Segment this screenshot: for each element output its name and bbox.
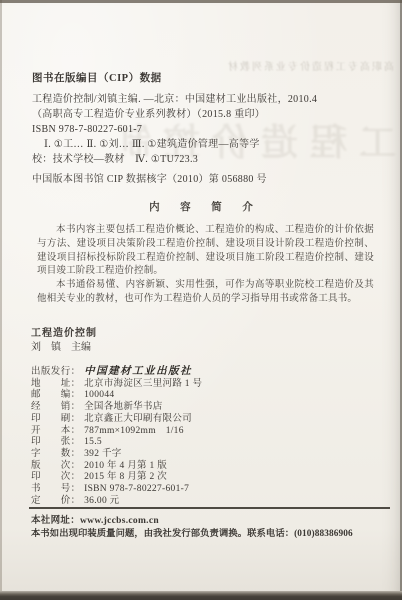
cip-header: 图书在版编目（CIP）数据 [32,71,378,86]
colophon-row-price: 定 价：36.00 元 [31,496,382,508]
colophon-row-printer: 印 刷：北京鑫正大印刷有限公司 [31,414,382,426]
book-title-block: 工程造价控制 刘 镇 主编 [31,327,97,355]
cip-line-isbn: ISBN 978-7-80227-601-7 [32,122,378,137]
abstract-title: 内 容 简 介 [37,199,374,214]
footer-divider [29,507,390,509]
publisher-website: 本社网址：www.jccbs.com.cn [31,512,159,526]
colophon-block: 出版发行：中国建材工业出版社 地 址：北京市海淀区三里河路 1 号 邮 编：10… [31,366,382,507]
cip-line-classification-1: Ⅰ. ①工… Ⅱ. ①刘… Ⅲ. ①建筑造价管理—高等学 [32,137,378,152]
cip-line-title: 工程造价控制/刘镇主编. —北京：中国建材工业出版社，2010.4 [32,92,378,107]
book-title: 工程造价控制 [31,327,97,341]
scanned-copyright-page: 高职高专工程造价专业系列教材 工程造价控制 图书在版编目（CIP）数据 工程造价… [0,0,402,600]
colophon-row-printing: 印 次：2015 年 8 月第 2 次 [31,472,382,484]
colophon-row-address: 地 址：北京市海淀区三里河路 1 号 [31,379,382,391]
abstract-block: 内 容 简 介 本书内容主要包括工程造价概论、工程造价的构成、工程造价的计价依据… [37,199,374,307]
abstract-paragraph-2: 本书通俗易懂、内容新颖、实用性强，可作为高等职业院校工程造价及其他相关专业的教材… [37,279,374,307]
colophon-row-postcode: 邮 编：100044 [31,390,382,402]
colophon-row-wordcount: 字 数：392 千字 [31,449,382,461]
cip-record-number: 中国版本图书馆 CIP 数据核字（2010）第 056880 号 [32,172,378,187]
publisher-script-name: 中国建材工业出版社 [84,366,192,377]
cip-line-series: （高职高专工程造价专业系列教材）（2015.8 重印） [32,107,378,122]
cip-block: 图书在版编目（CIP）数据 工程造价控制/刘镇主编. —北京：中国建材工业出版社… [32,71,378,187]
book-editor: 刘 镇 主编 [31,341,97,355]
quality-notice: 本书如出现印装质量问题，由我社发行部负责调换。联系电话：(010)8838690… [31,525,388,539]
colophon-row-format: 开 本：787mm×1092mm 1/16 [31,426,382,438]
abstract-paragraph-1: 本书内容主要包括工程造价概论、工程造价的构成、工程造价的计价依据与方法、建设项目… [37,224,374,279]
colophon-row-isbn: 书 号：ISBN 978-7-80227-601-7 [31,484,382,496]
colophon-row-edition: 版 次：2010 年 4 月第 1 版 [31,461,382,473]
cip-line-classification-2: 校：技术学校—教材 Ⅳ. ①TU723.3 [32,152,378,167]
colophon-row-distribution: 经 销：全国各地新华书店 [31,402,382,414]
scan-bottom-edge [0,591,402,600]
colophon-row-publisher: 出版发行：中国建材工业出版社 [31,366,382,379]
colophon-row-sheets: 印 张：15.5 [31,437,382,449]
